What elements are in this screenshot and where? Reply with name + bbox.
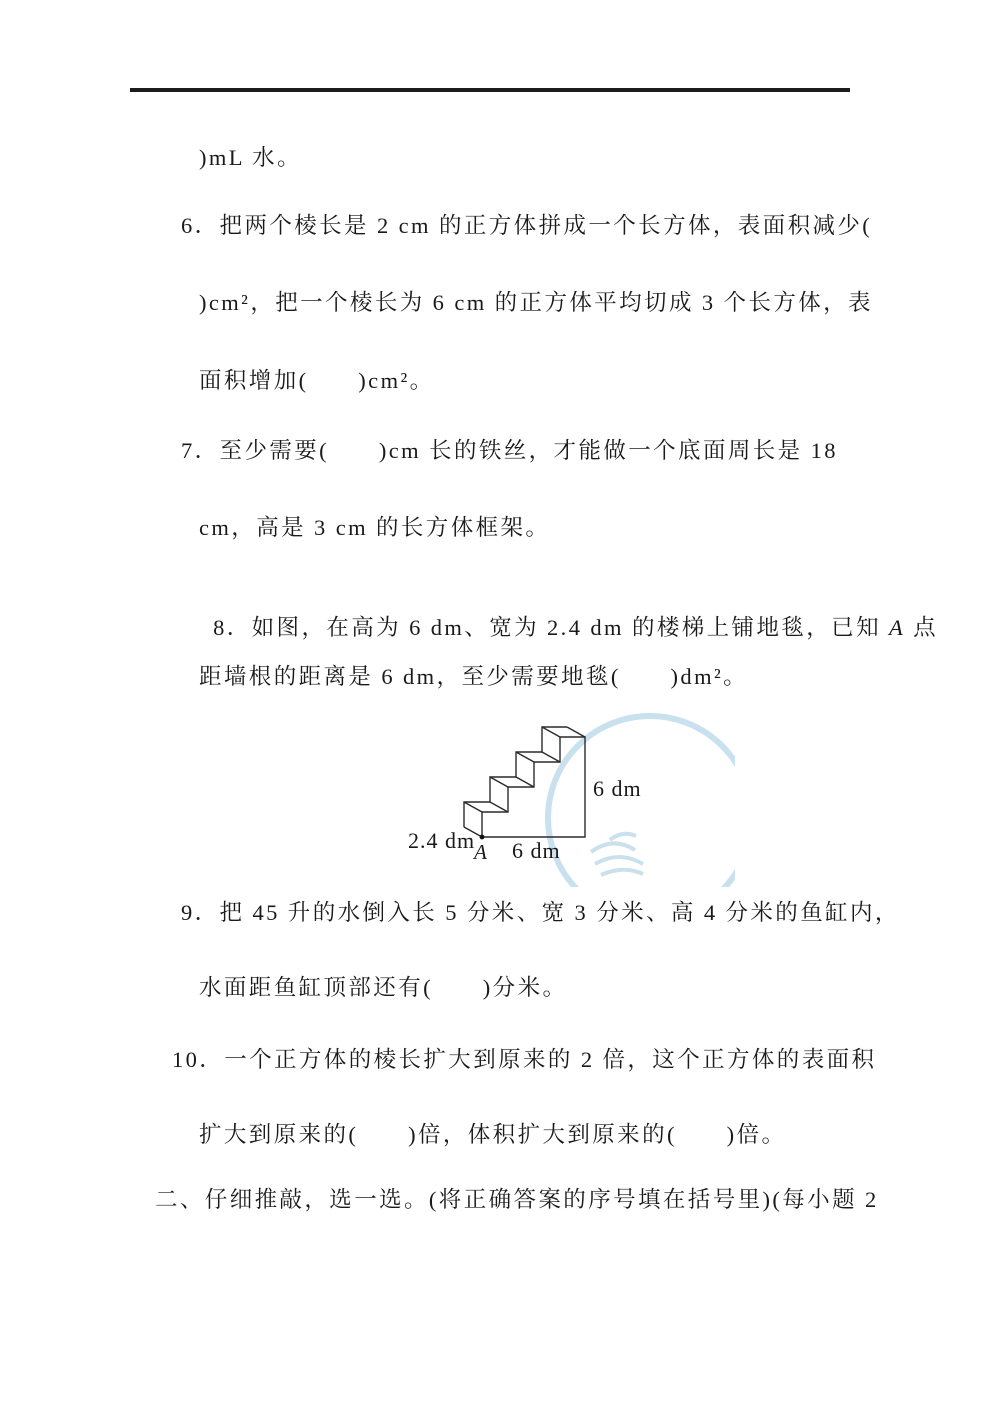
question-9-line-2: 水面距鱼缸顶部还有( )分米。 <box>199 974 567 1002</box>
question-8-line-1: 8．如图，在高为 6 dm、宽为 2.4 dm 的楼梯上铺地毯，已知 A 点 <box>181 586 938 670</box>
question-8-line-2: 距墙根的距离是 6 dm，至少需要地毯( )dm²。 <box>199 663 748 691</box>
question-6-line-1: 6．把两个棱长是 2 cm 的正方体拼成一个长方体，表面积减少( <box>181 212 872 240</box>
question-7-line-2: cm，高是 3 cm 的长方体框架。 <box>199 514 550 542</box>
question-7-line-1: 7．至少需要( )cm 长的铁丝，才能做一个底面周长是 18 <box>181 437 838 465</box>
question-10-line-2: 扩大到原来的( )倍，体积扩大到原来的( )倍。 <box>199 1121 786 1149</box>
staircase-rear-outline <box>464 727 567 827</box>
question-5-fragment: )mL 水。 <box>199 144 302 172</box>
section-2-heading: 二、仔细推敲，选一选。(将正确答案的序号填在括号里)(每小题 2 <box>155 1186 879 1214</box>
watermark <box>548 716 735 887</box>
point-a-dot <box>480 835 485 840</box>
figure-point-label: A <box>472 840 487 864</box>
question-6-line-2: )cm²，把一个棱长为 6 cm 的正方体平均切成 3 个长方体，表 <box>199 289 873 317</box>
question-6-line-3: 面积增加( )cm²。 <box>199 367 435 395</box>
question-8-line-1-pre: 8．如图，在高为 6 dm、宽为 2.4 dm 的楼梯上铺地毯，已知 <box>213 615 889 640</box>
question-8-point-variable: A <box>889 615 905 640</box>
question-10-line-1: 10．一个正方体的棱长扩大到原来的 2 倍，这个正方体的表面积 <box>172 1046 876 1074</box>
figure-depth-label: 2.4 dm <box>408 828 475 853</box>
worksheet-page: )mL 水。 6．把两个棱长是 2 cm 的正方体拼成一个长方体，表面积减少( … <box>0 0 1000 1415</box>
figure-height-label: 6 dm <box>593 776 642 801</box>
staircase-figure: 6 dm 2.4 dm A 6 dm <box>395 712 735 887</box>
question-8-line-1-post: 点 <box>905 615 938 640</box>
question-9-line-1: 9．把 45 升的水倒入长 5 分米、宽 3 分米、高 4 分米的鱼缸内， <box>181 899 900 927</box>
figure-width-label: 6 dm <box>512 838 561 863</box>
page-top-rule <box>130 88 850 92</box>
